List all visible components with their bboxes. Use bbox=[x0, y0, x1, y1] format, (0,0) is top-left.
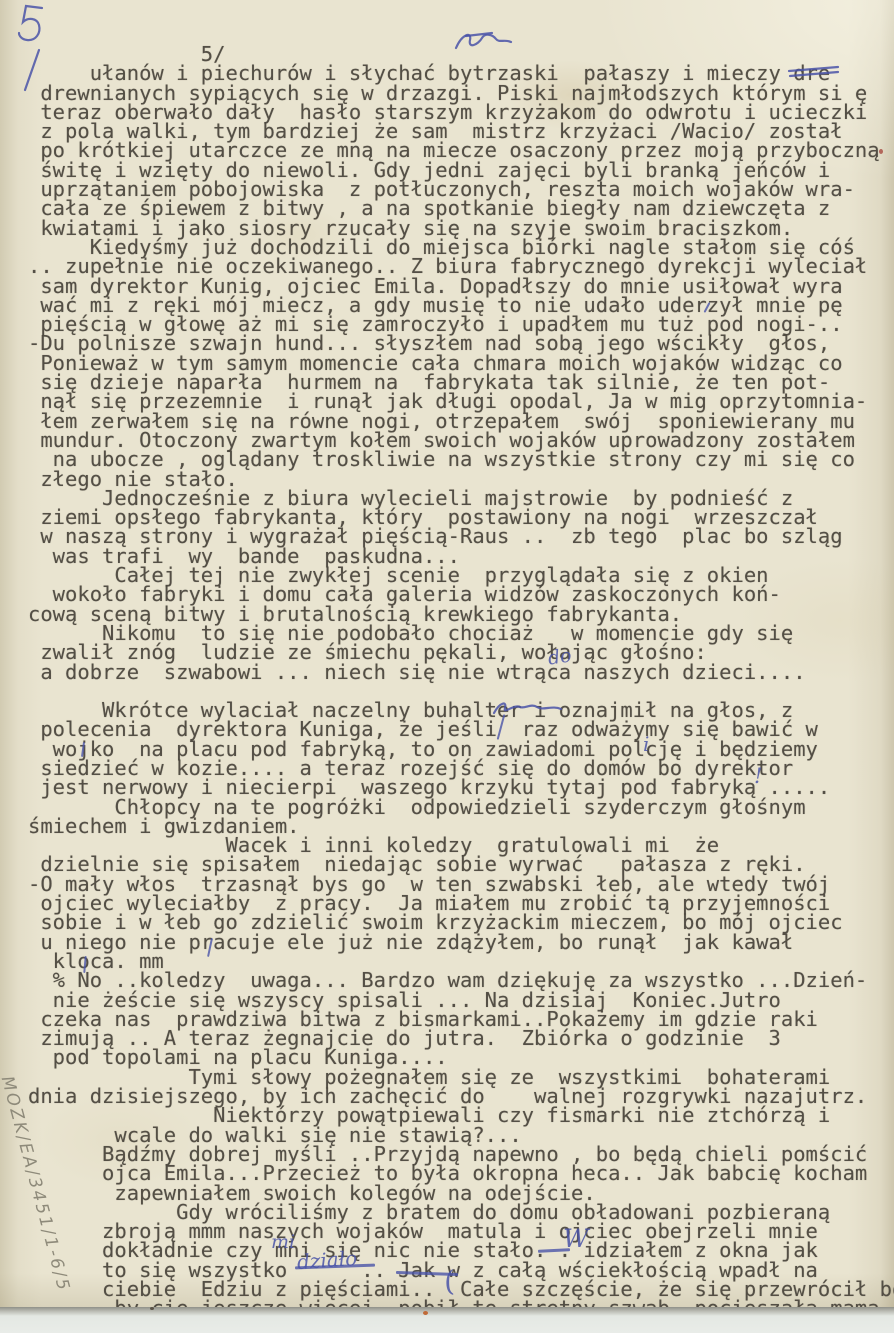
paper-speck bbox=[879, 149, 883, 154]
paper-speck bbox=[150, 1307, 154, 1310]
paper-sheet: 5/ ułanów i piechurów i słychać bytrzask… bbox=[0, 0, 894, 1307]
dre-strikethrough-icon bbox=[788, 65, 840, 79]
handwritten-exclamation: ! bbox=[754, 766, 762, 787]
typed-line: a dobrze szwabowi ... niech się nie wtrą… bbox=[28, 663, 894, 682]
handwritten-capital-w: W bbox=[563, 1226, 589, 1251]
handwritten-page-number-icon bbox=[12, 2, 52, 94]
tr-correction-squiggle-icon bbox=[452, 30, 516, 54]
scan-edge bbox=[0, 1307, 894, 1333]
scanned-page: 5/ ułanów i piechurów i słychać bytrzask… bbox=[0, 0, 894, 1333]
typed-text: 5/ ułanów i piechurów i słychać bytrzask… bbox=[28, 45, 894, 1319]
handwritten-insert-do: do bbox=[547, 646, 573, 668]
handwritten-insert-i: i bbox=[643, 734, 649, 754]
paper-speck bbox=[423, 1311, 428, 1315]
handwritten-correction-mi: mi bbox=[271, 1233, 295, 1252]
